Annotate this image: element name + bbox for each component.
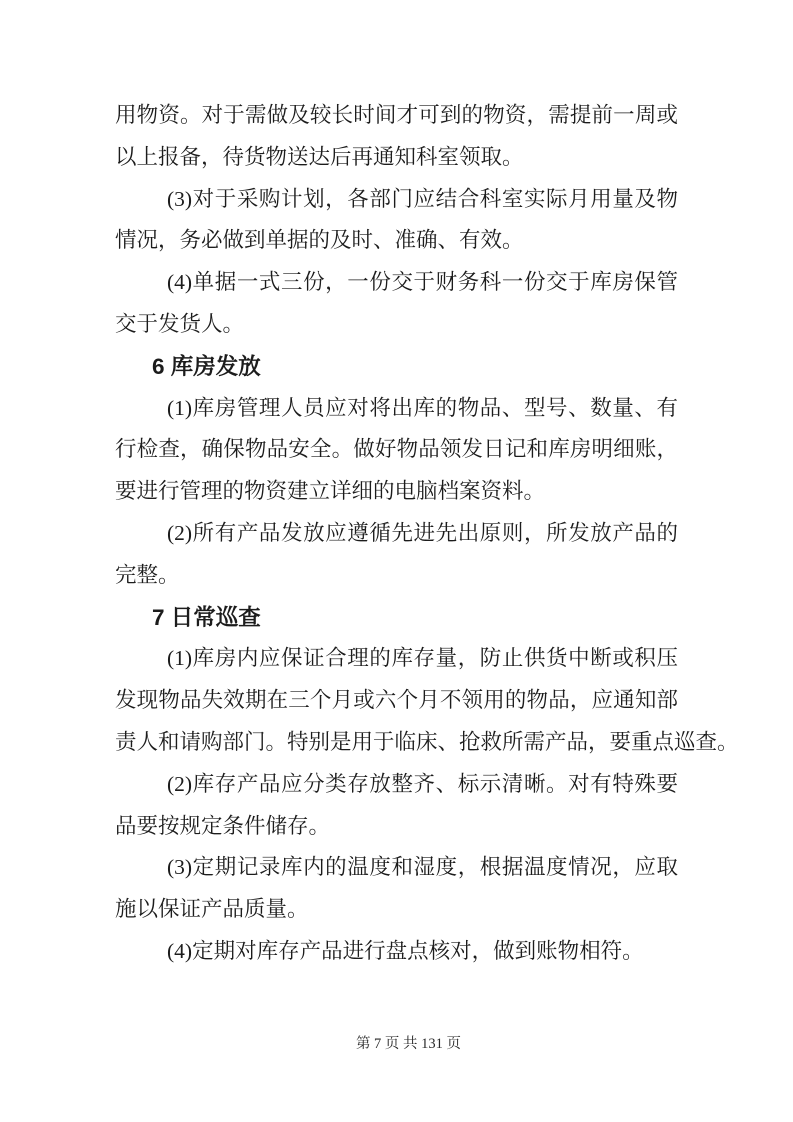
page-footer: 第 7 页 共 131 页: [12, 1033, 793, 1055]
section-heading-7: 7 日常巡查: [115, 597, 678, 639]
body-line: 以上报备，待货物送达后再通知科室领取。: [115, 137, 678, 179]
body-line: (1)库房管理人员应对将出库的物品、型号、数量、有效期进: [115, 388, 678, 430]
document-body: 用物资。对于需做及较长时间才可到的物资，需提前一周或一周 以上报备，待货物送达后…: [115, 95, 678, 973]
body-line: 交于发货人。: [115, 304, 678, 346]
body-line: 完整。: [115, 555, 678, 597]
body-line: 用物资。对于需做及较长时间才可到的物资，需提前一周或一周: [115, 95, 678, 137]
body-line: (3)定期记录库内的温度和湿度，根据温度情况，应取相应措: [115, 847, 678, 889]
body-line: (4)定期对库存产品进行盘点核对，做到账物相符。: [115, 931, 678, 973]
body-line: 施以保证产品质量。: [115, 889, 678, 931]
body-line: (1)库房内应保证合理的库存量，防止供货中断或积压浪费如: [115, 638, 678, 680]
body-line: 行检查，确保物品安全。做好物品领发日记和库房明细账，对需: [115, 429, 678, 471]
body-line: (2)所有产品发放应遵循先进先出原则，所发放产品的包装应: [115, 513, 678, 555]
body-line: (4)单据一式三份，一份交于财务科一份交于库房保管员一份: [115, 262, 678, 304]
body-line: 发现物品失效期在三个月或六个月不领用的物品，应通知部门负: [115, 680, 678, 722]
body-line: 情况，务必做到单据的及时、准确、有效。: [115, 220, 678, 262]
section-heading-6: 6 库房发放: [115, 346, 678, 388]
body-line: (3)对于采购计划，各部门应结合科室实际月用量及物品存余: [115, 179, 678, 221]
body-line: 责人和请购部门。特别是用于临床、抢救所需产品，要重点巡查。: [115, 722, 678, 764]
body-line: 要进行管理的物资建立详细的电脑档案资料。: [115, 471, 678, 513]
page-number-text: 第 7 页 共 131 页: [356, 1036, 461, 1052]
body-line: (2)库存产品应分类存放整齐、标示清晰。对有特殊要求的物: [115, 764, 678, 806]
document-page: 用物资。对于需做及较长时间才可到的物资，需提前一周或一周 以上报备，待货物送达后…: [0, 0, 793, 1122]
body-line: 品要按规定条件储存。: [115, 806, 678, 848]
